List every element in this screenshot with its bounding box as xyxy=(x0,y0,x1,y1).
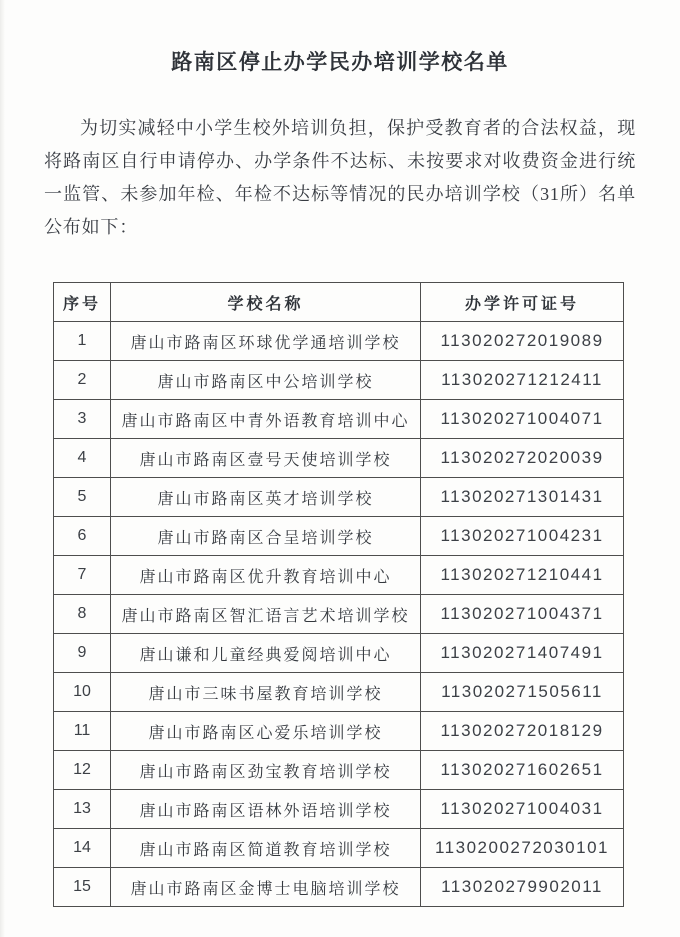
school-name-cell: 唐山市路南区智汇语言艺术培训学校 xyxy=(111,595,421,634)
row-number-cell: 4 xyxy=(54,439,111,478)
row-number-cell: 12 xyxy=(54,751,111,790)
table-row: 6 唐山市路南区合呈培训学校 113020271004231 xyxy=(54,517,624,556)
license-number-cell: 113020271004231 xyxy=(421,517,624,556)
school-name-cell: 唐山市路南区劲宝教育培训学校 xyxy=(111,751,421,790)
table-row: 12 唐山市路南区劲宝教育培训学校 113020271602651 xyxy=(54,751,624,790)
school-name-cell: 唐山市路南区中青外语教育培训中心 xyxy=(111,400,421,439)
row-number-cell: 10 xyxy=(54,673,111,712)
school-name-cell: 唐山市路南区金博士电脑培训学校 xyxy=(111,868,421,907)
license-number-cell: 113020271505611 xyxy=(421,673,624,712)
column-header-name: 学校名称 xyxy=(111,283,421,322)
page-title: 路南区停止办学民办培训学校名单 xyxy=(0,0,680,76)
license-number-cell: 113020272019089 xyxy=(421,322,624,361)
license-number-cell: 1130200272030101 xyxy=(421,829,624,868)
license-number-cell: 113020271004371 xyxy=(421,595,624,634)
table-row: 7 唐山市路南区优升教育培训中心 113020271210441 xyxy=(54,556,624,595)
row-number-cell: 15 xyxy=(54,868,111,907)
school-name-cell: 唐山市路南区壹号天使培训学校 xyxy=(111,439,421,478)
row-number-cell: 1 xyxy=(54,322,111,361)
row-number-cell: 2 xyxy=(54,361,111,400)
table-row: 2 唐山市路南区中公培训学校 113020271212411 xyxy=(54,361,624,400)
table-header-row: 序号 学校名称 办学许可证号 xyxy=(54,283,624,322)
school-list-table: 序号 学校名称 办学许可证号 1 唐山市路南区环球优学通培训学校 1130202… xyxy=(53,282,624,907)
school-name-cell: 唐山谦和儿童经典爱阅培训中心 xyxy=(111,634,421,673)
table-row: 4 唐山市路南区壹号天使培训学校 113020272020039 xyxy=(54,439,624,478)
license-number-cell: 113020271004031 xyxy=(421,790,624,829)
school-name-cell: 唐山市路南区中公培训学校 xyxy=(111,361,421,400)
row-number-cell: 6 xyxy=(54,517,111,556)
table-row: 13 唐山市路南区语林外语培训学校 113020271004031 xyxy=(54,790,624,829)
column-header-license: 办学许可证号 xyxy=(421,283,624,322)
school-name-cell: 唐山市路南区英才培训学校 xyxy=(111,478,421,517)
school-name-cell: 唐山市三味书屋教育培训学校 xyxy=(111,673,421,712)
row-number-cell: 5 xyxy=(54,478,111,517)
school-name-cell: 唐山市路南区心爱乐培训学校 xyxy=(111,712,421,751)
license-number-cell: 113020272020039 xyxy=(421,439,624,478)
school-name-cell: 唐山市路南区简道教育培训学校 xyxy=(111,829,421,868)
license-number-cell: 113020271602651 xyxy=(421,751,624,790)
intro-paragraph: 为切实减轻中小学生校外培训负担，保护受教育者的合法权益，现将路南区自行申请停办、… xyxy=(44,112,636,244)
license-number-cell: 113020271212411 xyxy=(421,361,624,400)
table-row: 8 唐山市路南区智汇语言艺术培训学校 113020271004371 xyxy=(54,595,624,634)
row-number-cell: 3 xyxy=(54,400,111,439)
school-name-cell: 唐山市路南区环球优学通培训学校 xyxy=(111,322,421,361)
license-number-cell: 113020271210441 xyxy=(421,556,624,595)
license-number-cell: 113020271301431 xyxy=(421,478,624,517)
row-number-cell: 14 xyxy=(54,829,111,868)
row-number-cell: 13 xyxy=(54,790,111,829)
table-row: 11 唐山市路南区心爱乐培训学校 113020272018129 xyxy=(54,712,624,751)
school-name-cell: 唐山市路南区语林外语培训学校 xyxy=(111,790,421,829)
table-row: 1 唐山市路南区环球优学通培训学校 113020272019089 xyxy=(54,322,624,361)
table-row: 10 唐山市三味书屋教育培训学校 113020271505611 xyxy=(54,673,624,712)
license-number-cell: 113020279902011 xyxy=(421,868,624,907)
table-row: 14 唐山市路南区简道教育培训学校 1130200272030101 xyxy=(54,829,624,868)
row-number-cell: 9 xyxy=(54,634,111,673)
row-number-cell: 8 xyxy=(54,595,111,634)
table-row: 15 唐山市路南区金博士电脑培训学校 113020279902011 xyxy=(54,868,624,907)
school-name-cell: 唐山市路南区合呈培训学校 xyxy=(111,517,421,556)
table-row: 5 唐山市路南区英才培训学校 113020271301431 xyxy=(54,478,624,517)
license-number-cell: 113020272018129 xyxy=(421,712,624,751)
license-number-cell: 113020271004071 xyxy=(421,400,624,439)
document-page: 路南区停止办学民办培训学校名单 为切实减轻中小学生校外培训负担，保护受教育者的合… xyxy=(0,0,680,937)
school-name-cell: 唐山市路南区优升教育培训中心 xyxy=(111,556,421,595)
license-number-cell: 113020271407491 xyxy=(421,634,624,673)
row-number-cell: 7 xyxy=(54,556,111,595)
row-number-cell: 11 xyxy=(54,712,111,751)
table-row: 9 唐山谦和儿童经典爱阅培训中心 113020271407491 xyxy=(54,634,624,673)
column-header-no: 序号 xyxy=(54,283,111,322)
table-row: 3 唐山市路南区中青外语教育培训中心 113020271004071 xyxy=(54,400,624,439)
